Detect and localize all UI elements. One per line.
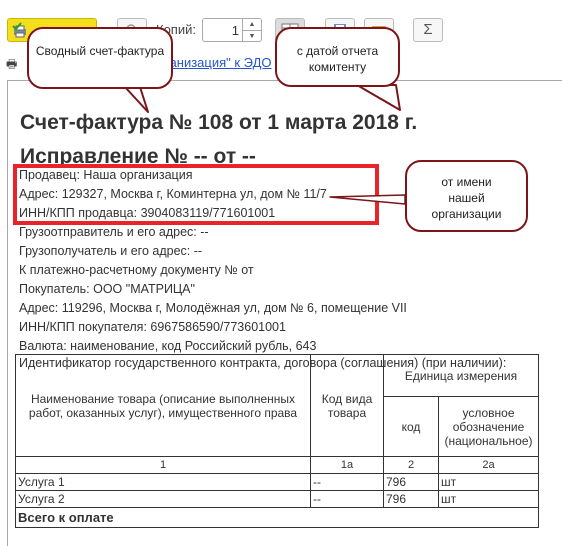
row-kind-code: -- bbox=[311, 474, 384, 491]
header-unit-symbol: условное обозначение (национальное) bbox=[439, 397, 539, 457]
buyer-line: Покупатель: ООО "МАТРИЦА" bbox=[19, 282, 195, 296]
edo-printer-icon: 🖶 bbox=[6, 55, 22, 69]
copies-value[interactable]: 1 bbox=[232, 23, 239, 38]
column-numbers-row: 1 1а 2 2а bbox=[16, 457, 539, 474]
copies-stepper[interactable]: 1 ▲ ▼ bbox=[202, 18, 262, 42]
row-name: Услуга 2 bbox=[16, 491, 311, 508]
currency-line: Валюта: наименование, код Российский руб… bbox=[19, 339, 316, 353]
buyer-inn: ИНН/КПП покупателя: 6967586590/773601001 bbox=[19, 320, 286, 334]
seller-highlight-box bbox=[13, 164, 379, 225]
callout-report-date: с датой отчета комитенту bbox=[275, 27, 400, 87]
header-name: Наименование товара (описание выполненны… bbox=[16, 355, 311, 457]
total-row: Всего к оплате bbox=[16, 508, 539, 528]
sigma-icon: Σ bbox=[423, 21, 432, 38]
payment-doc-line: К платежно-расчетному документу № от bbox=[19, 263, 254, 277]
spin-up-icon[interactable]: ▲ bbox=[243, 19, 261, 31]
col-number: 2 bbox=[384, 457, 439, 474]
goods-table: Наименование товара (описание выполненны… bbox=[15, 354, 539, 528]
total-label: Всего к оплате bbox=[16, 508, 539, 528]
sum-button[interactable]: Σ bbox=[413, 18, 443, 42]
col-number: 1 bbox=[16, 457, 311, 474]
row-name: Услуга 1 bbox=[16, 474, 311, 491]
row-kind-code: -- bbox=[311, 491, 384, 508]
col-number: 1а bbox=[311, 457, 384, 474]
header-unit: Единица измерения bbox=[384, 355, 539, 397]
consignee-line: Грузополучатель и его адрес: -- bbox=[19, 244, 202, 258]
col-number: 2а bbox=[439, 457, 539, 474]
invoice-title: Счет-фактура № 108 от 1 марта 2018 г. bbox=[20, 111, 417, 135]
shipper-line: Грузоотправитель и его адрес: -- bbox=[19, 225, 209, 239]
row-unit-code: 796 bbox=[384, 491, 439, 508]
table-row: Услуга 1 -- 796 шт bbox=[16, 474, 539, 491]
table-row: Услуга 2 -- 796 шт bbox=[16, 491, 539, 508]
copies-spinner[interactable]: ▲ ▼ bbox=[242, 19, 261, 41]
header-unit-code: код bbox=[384, 397, 439, 457]
header-kind-code: Код вида товара bbox=[311, 355, 384, 457]
row-unit-code: 796 bbox=[384, 474, 439, 491]
callout-summary-invoice: Сводный счет-фактура bbox=[27, 27, 173, 89]
printer-check-icon bbox=[12, 22, 28, 38]
callout-on-behalf: от имени нашей организации bbox=[405, 160, 528, 232]
row-unit-symbol: шт bbox=[439, 491, 539, 508]
spin-down-icon[interactable]: ▼ bbox=[243, 31, 261, 42]
buyer-address: Адрес: 119296, Москва г, Молодёжная ул, … bbox=[19, 301, 407, 315]
row-unit-symbol: шт bbox=[439, 474, 539, 491]
